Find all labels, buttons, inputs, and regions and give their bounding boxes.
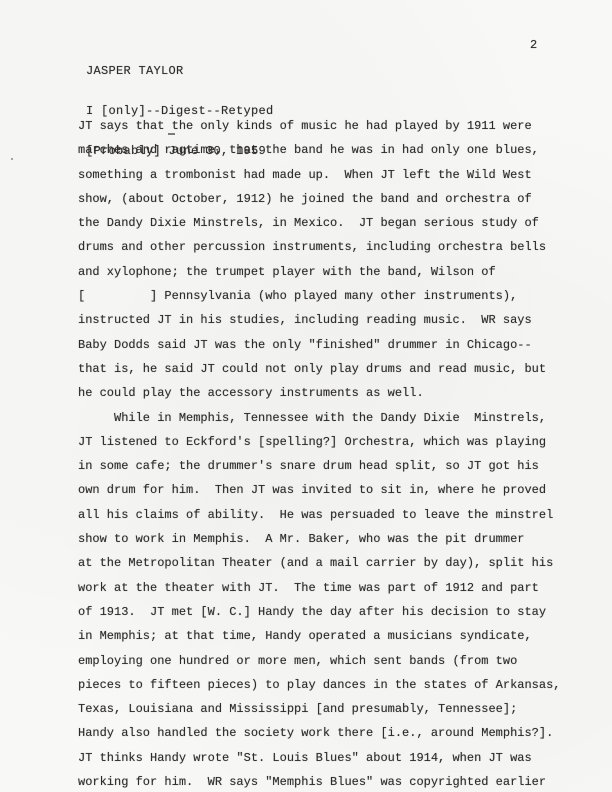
text-line: show, (about October, 1912) he joined th…: [78, 187, 560, 211]
text-line: something a trombonist had made up. When…: [78, 163, 560, 187]
body-text: JT says that the only kinds of music he …: [78, 114, 560, 792]
text-line: he could play the accessory instruments …: [78, 381, 560, 405]
text-line: working for him. WR says "Memphis Blues"…: [78, 770, 560, 792]
text-line: that is, he said JT could not only play …: [78, 357, 560, 381]
text-line: all his claims of ability. He was persua…: [78, 503, 560, 527]
text-line: Texas, Louisiana and Mississippi [and pr…: [78, 697, 560, 721]
text-line: marches and ragtime, that the band he wa…: [78, 138, 560, 162]
text-line: the Dandy Dixie Minstrels, in Mexico. JT…: [78, 211, 560, 235]
scanned-document-page: JASPER TAYLOR I [only]--Digest--Retyped …: [0, 0, 612, 792]
text-line: in Memphis; at that time, Handy operated…: [78, 624, 560, 648]
text-line: drums and other percussion instruments, …: [78, 235, 560, 259]
text-line: and xylophone; the trumpet player with t…: [78, 260, 560, 284]
text-line: While in Memphis, Tennessee with the Dan…: [78, 406, 560, 430]
text-line: JT thinks Handy wrote "St. Louis Blues" …: [78, 746, 560, 770]
text-line: in some cafe; the drummer's snare drum h…: [78, 454, 560, 478]
text-line: JT says that the only kinds of music he …: [78, 114, 560, 138]
text-line: at the Metropolitan Theater (and a mail …: [78, 551, 560, 575]
text-line: show to work in Memphis. A Mr. Baker, wh…: [78, 527, 560, 551]
doc-title: JASPER TAYLOR: [86, 65, 274, 78]
text-line: of 1913. JT met [W. C.] Handy the day af…: [78, 600, 560, 624]
scan-speck-artifact: [11, 158, 13, 160]
text-line: instructed JT in his studies, including …: [78, 308, 560, 332]
text-line: work at the theater with JT. The time wa…: [78, 576, 560, 600]
text-line: pieces to fifteen pieces) to play dances…: [78, 673, 560, 697]
text-line: [ ] Pennsylvania (who played many other …: [78, 284, 560, 308]
text-line: own drum for him. Then JT was invited to…: [78, 478, 560, 502]
text-line: Baby Dodds said JT was the only "finishe…: [78, 333, 560, 357]
text-line: JT listened to Eckford's [spelling?] Orc…: [78, 430, 560, 454]
text-line: Handy also handled the society work ther…: [78, 721, 560, 745]
page-number: 2: [530, 38, 537, 52]
text-line: employing one hundred or more men, which…: [78, 649, 560, 673]
scan-underline-artifact: [168, 133, 175, 135]
